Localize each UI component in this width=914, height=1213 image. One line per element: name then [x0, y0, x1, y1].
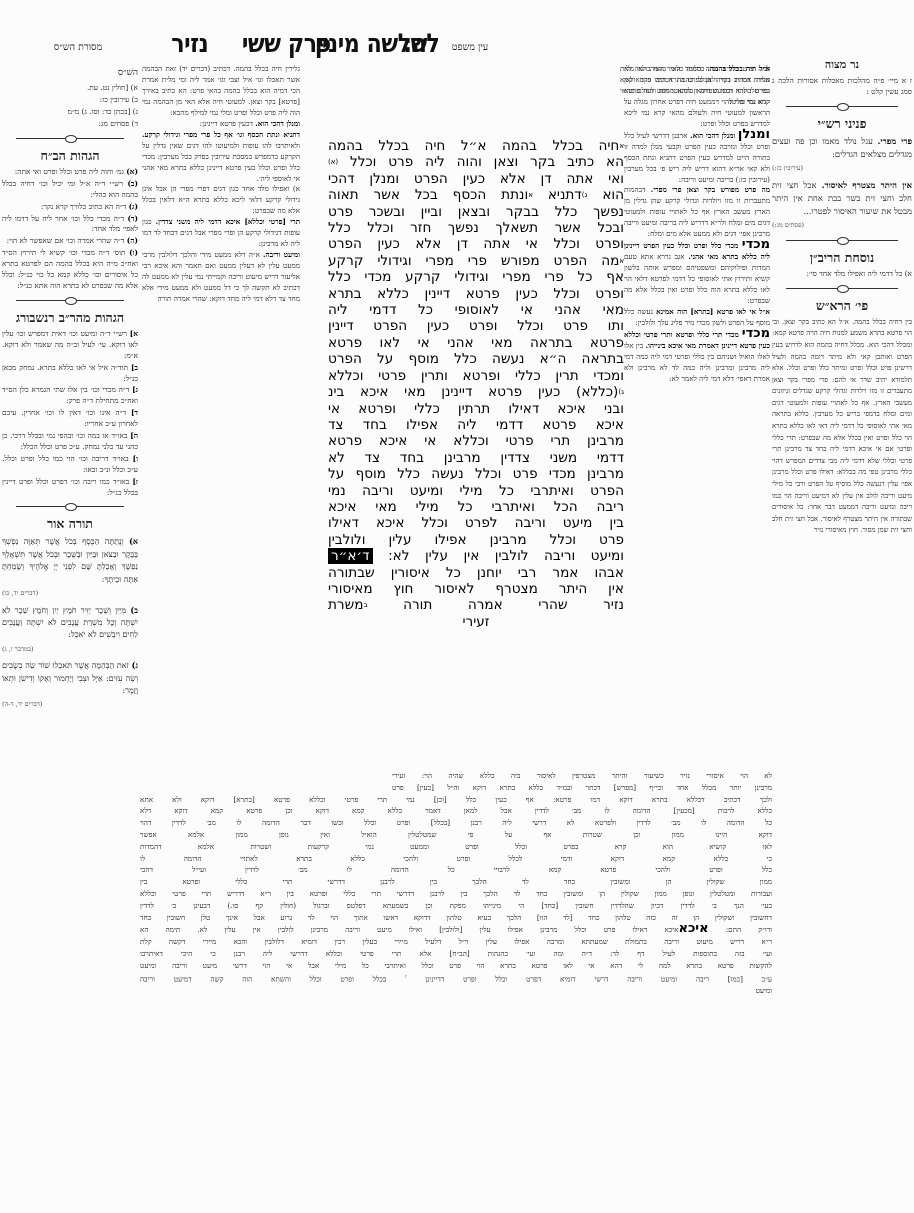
gemara-line: אמה הפרט מפורש פרי מפרי וגידולי קרקע [328, 253, 624, 269]
tosafot-dibbur-hamatchil: דתניא ונתת הכסף וגו׳ אף כל פרי מפרי וגיד… [142, 130, 300, 139]
masoret-hashas-label: מסורת הש״ס [48, 42, 108, 53]
note-text: רש״י ד״ה א״ל ומי יכיל וכו׳ דחיה בכלל בהמ… [2, 179, 138, 199]
left-margin-column: השׁ״ס א) [חולין נט. עת. ב) עירובין כז: ג… [2, 68, 138, 1008]
rashi-big-word: מכדי [742, 326, 770, 341]
masoret-ref: ב) עירובין כז: [2, 94, 138, 106]
verse-mark: ב) [130, 605, 138, 615]
gemara-line: נפשך כלל בבקר ובצאן וביין ובשכר פרט [328, 204, 624, 220]
gemara-line: איכא פרטא דדמי ליה אפילו בחד צד [328, 417, 624, 433]
verse-source: (דברים יד, ד-ה) [2, 698, 138, 710]
note-text: ד״ה מכדי וכו׳ בין אלו שתי הגמרא כלן הס״ד… [2, 385, 138, 405]
tosafot-dibbur-hamatchil: ומיעט וריבה. [263, 250, 300, 259]
note-mark: (ו) [129, 248, 138, 257]
note-mark: א] [130, 329, 138, 338]
bottom-commentary-line: כל הדומה לו מב׳ לדדין ולפרטא לא דרשי ליה… [140, 817, 772, 829]
tosafot-dibbur-hamatchil: תרי [פרטי וכללא] איכא דדמי ליה משני צדדי… [156, 217, 300, 226]
gemara-main-text: אחיה בכלל בהמה א״ל חיה בכלל בהמההא כתיב … [328, 138, 624, 630]
masoret-hashas-subtitle: השׁ״ס [2, 68, 138, 79]
gemara-line: ומכדי תרין כללי ופרטא ותרין פרטי וכללא [328, 368, 624, 384]
reference-mark: א [528, 191, 533, 199]
bottom-commentary-line: לא הוי איסורי נזיר כשיעור והיתר מצטרפין … [392, 770, 772, 782]
rashi-big-word: ומנלן [738, 127, 770, 142]
nuschat-rivan-title: נוסחת הריב״ן [772, 250, 912, 266]
rashi-dibbur-hamatchil: א״ל חיה בכלל בהמה. [707, 64, 770, 73]
gemara-line: הא כתיב בקר וצאן והוה ליה פרט וכלל (א) [328, 154, 624, 170]
ornament-divider [16, 296, 124, 306]
gemara-line: ופרט וכלל כעין פרטא דיינין כללא בתרא [328, 286, 624, 302]
note-mark: ו] [133, 454, 138, 463]
gemara-line: ומיעט וריבה לולבין אין עלין לא: ד׳א״ר [328, 548, 624, 564]
nuschat-rivan-text: א) כל דדמי ליה ואפילו מלד אחד סי׳: [772, 269, 912, 280]
right-margin-column: נר מצוה ז א מיי׳ פ״ה מהלכות מאכלות אסורו… [772, 55, 912, 1055]
hagahot-rashbb-body: א] רש״י ד״ה ומיעט וכו׳ דאית דמפרש וכו׳ ע… [2, 329, 138, 499]
note-mark: (ג) [129, 202, 138, 211]
bottom-commentary-line: ודו״ק התם: איכאאיכא דאילו פרט וכלל מרבינ… [140, 923, 772, 936]
reference-mark: א [619, 257, 624, 265]
tosafot-dibbur-hamatchil: ומנלן דהכי הוא. [255, 119, 300, 128]
bottom-commentary-line: כללא לרבות [מכעין] הדומה לו מב׳ לדדין אב… [140, 805, 772, 817]
note-mark: ה] [130, 431, 138, 440]
masoret-ref: א) [חולין נט. עת. [2, 82, 138, 94]
note-text: תוד״ה איל אי לאו כללא בתרא. נמחק מכאן כנ… [2, 363, 138, 383]
bottom-commentary-line: דחשובין ושקולין הן זה כזה טלהון כחד [לד … [140, 912, 772, 924]
gemara-line: זעירי [328, 614, 624, 630]
masoret-ref: ג) [בכתן כד: וסו. ג) מ״מ [2, 106, 138, 118]
bottom-commentary-line: ולכך דכתיב דכללא בתרא דוקא דמו פרטא: אף … [140, 794, 772, 806]
gemara-line: ריבה הכל ואיתרבי כל מילי מאי איכא [328, 499, 624, 515]
highlighted-abbreviation: ד׳א״ר [328, 548, 373, 564]
note-mark: ג] [132, 385, 138, 394]
reference-mark: ב [363, 601, 367, 609]
reference-mark: (א) [328, 158, 338, 166]
gemara-line: אין היתר מצטרף לאיסור חוץ מאיסורי [328, 581, 624, 597]
note-text: רש״י ד״ה ומיעט וכו׳ דאית דמפרש וכו׳ עלין… [2, 329, 138, 360]
bottom-commentary-line: ממון שקולין הן ומשובין כחד לד הלכך בין ל… [140, 876, 772, 888]
note-text: ד״ה אינו וכו׳ דאין לו וכו׳ אחרין. עיכם ל… [2, 408, 138, 428]
note-text: גמ׳ והוה ליה פרט וכלל ופרט ואי אתה: [15, 167, 124, 176]
gemara-line: ג)(כללא) כעין פרטא דיינינן מאי איכא בינ [328, 384, 624, 400]
ner-mitzvah-title: נר מצוה [772, 57, 912, 73]
bottom-commentary-line: כלל ופרט ולהכי פרטא קמא לרבויי כל הדומה … [140, 864, 772, 876]
note-mark: (ד) [127, 214, 138, 223]
tosafot-commentary: גלירין חיה בכלל בהמה. דכתיב (דברים יד) ז… [142, 64, 300, 769]
gemara-line: בין מיעט וריבה לפרט וכלל איכא דאילו [328, 515, 624, 531]
note-text: ד״ה מכדי כלל וכו׳ אחר ליה על דדמו ליה לא… [2, 214, 138, 234]
verse-text: מִיַּיִן וְשֵׁכָר יַזִּיר חֹמֶץ יַיִן וְ… [2, 606, 138, 640]
gemara-line: נזיר שהרי אמרה תורה במשרת [328, 597, 624, 613]
tosafot-top-block: גלירין חיה בכלל בהמה. דכתיב (דברים יד) ז… [142, 64, 300, 119]
gemara-line: מרבינן תרי פרטי וכללא אי איכא פרטא [328, 433, 624, 449]
bottom-commentary-line: להקשות פרטא בתרא למה לי דהא אי לאו פרטא … [140, 960, 772, 972]
gemara-line: ובני איכא דאילו תרתין כללי ופרטא אי [328, 401, 624, 417]
bottom-big-word: איכא [678, 923, 708, 936]
hagahot-rashbb-title: הגהות מהר״ב רנשבורג [2, 310, 138, 326]
bottom-commentary-line: בעי׳ הנך ב׳ לדדין דכיון שהלדדין חשובין [… [140, 900, 772, 912]
note-text: תוס׳ ד״ה מכדי וכו׳ קשיא לי תירוץ הס״ד וא… [2, 248, 138, 290]
rashi-dibbur-hamatchil: מה פרט מפורש בקר וצאן פרי מפרי. [651, 185, 770, 194]
penini-entry-source: (פסחים מג:) [772, 219, 912, 232]
rashi-commentary: א״ל חיה בכלל בהמה. בתמיה כלומר האי בהמה … [624, 64, 770, 769]
verse-source: (במדבר ו, ג) [2, 643, 138, 655]
note-mark: ד] [131, 408, 138, 417]
masoret-ref: ד) פסחים מג: [2, 118, 138, 130]
pi-harash-title: פי׳ הרא״ש [772, 298, 912, 314]
bottom-commentary-line: ר״א דריש מיעוט וריבה בתמולת שמעתתא ומרבה… [140, 936, 772, 948]
bottom-commentary-line: מרבינן יותר מכלל אחד וכי״ף [מפרש] דכתר ו… [392, 782, 772, 794]
reference-mark: ז [405, 974, 406, 980]
gemara-line: בתראה ה״א נעשה כלל מוסף על הפרט [328, 351, 624, 367]
penini-entry-source: (עירובין כז:) [772, 162, 912, 175]
rashi-big-word: מכדי [742, 237, 770, 252]
note-text: באו״ד או במה וכו׳ ובהפי נמי ובכלל דרבי. … [2, 431, 138, 451]
penini-entry-head: פרי מפרי. [877, 136, 912, 146]
verse-source: (דברים יד, כו) [2, 587, 138, 599]
note-text: באו״ד דריבה וכו׳ הוי כמו כלל ופרט וכלל. … [2, 454, 138, 474]
hagahot-habach-title: הגהות הב״ח [2, 148, 138, 164]
gemara-line: אחיה בכלל בהמה א״ל חיה בכלל בהמה [328, 138, 624, 154]
note-mark: ז] [132, 477, 138, 486]
reference-mark: א [619, 142, 624, 150]
rashi-dibbur-hamatchil: ומנלן דהכי הוא. [690, 131, 735, 140]
bottom-commentary-line: ועבורות ומטלטלין ונופן ממון שקולין הן ומ… [140, 888, 772, 900]
gemara-line: מרבינן מכדי פרט וכלל נעשה כלל מוסף על [328, 466, 624, 482]
reference-mark: ג) [618, 388, 624, 396]
gemara-line: הוא ג)דתניא אונתת הכסף בכל אשר תאוה [328, 187, 624, 203]
penini-rashi-title: פניני רש״י [772, 116, 912, 132]
gemara-line: ובכל אשר תשאלך נפשך חזר וכלל כלל [328, 220, 624, 236]
verse-mark: א) [129, 536, 138, 546]
gemara-line: פרטא בתראה מאי אהני אי לאו פרטא [328, 335, 624, 351]
note-mark: ב] [131, 363, 138, 372]
note-mark: (ה) [127, 236, 138, 245]
tosafot-text: דכעין פרטא דיינינן: [200, 119, 253, 128]
gemara-line: אבהו אמר רבי יוחנן כל איסורין שבתורה [328, 565, 624, 581]
bottom-commentary-line: ומיעט [140, 985, 772, 997]
torah-or-body: א) וְנָתַתָּה הַכֶּסֶף בְּכֹל אֲשֶׁר תְּ… [2, 535, 138, 710]
ornament-divider [786, 284, 898, 294]
bottom-commentary-line: כי כללא קמא דוקא ודמי לכלל ופרט ולהכי כל… [140, 853, 772, 865]
rashi-text: בתמיה כלומר האי בהמה לא מלית אמרת דמיה ב… [624, 64, 770, 128]
ornament-divider [786, 102, 898, 112]
ornament-divider [16, 134, 124, 144]
ornament-divider [16, 502, 124, 512]
daf-number: לה: [403, 28, 439, 60]
torah-or-title: תורה אור [2, 516, 138, 532]
gemara-line: מאי אהני אי לאוסופי כל דדמי ליה [328, 302, 624, 318]
verse-text: זֹאת הַבְּהֵמָה אֲשֶׁר תֹּאכֵלוּ שׁוֹר ש… [2, 661, 138, 695]
penini-entry-head: אין היתר מצטרף לאיסור. [822, 180, 912, 190]
ein-mishpat-label-line1: עין משפט [440, 42, 500, 53]
ein-mishpat-entry: ז א מיי׳ פ״ה מהלכות מאכלות אסורות הלכה ג… [772, 76, 912, 98]
penini-rashi-body: פרי מפרי. עגל נולד מאמו וכן פה ועצים מגד… [772, 135, 912, 232]
hagahot-habach-body: (א) גמ׳ והוה ליה פרט וכלל ופרט ואי אתה: … [2, 167, 138, 292]
gemara-line: ופרט וכלל אי אתה דן אלא כעין הפרט [328, 236, 624, 252]
verse-mark: ג) [132, 660, 138, 670]
note-mark: (א) [126, 167, 138, 176]
ornament-divider [786, 236, 898, 246]
pi-harash-text: בין דחיה בכלל בהמה. א״ל הא כתיב בקר וצאן… [772, 317, 912, 537]
reference-mark: ג) [582, 191, 588, 199]
note-mark: (ב) [127, 179, 138, 188]
bottom-commentary-line: ע״כ [כמו] ריבה ומיעט וריבה דרשי דומיא דפ… [140, 972, 772, 985]
note-text: ד״ה שהרי אמרה וכו׳ אם שאפשר לא הוי: [7, 236, 125, 245]
tosafot-text: ולאיתרבו להו עופות ולמיעוטו להו דגים שאי… [142, 141, 300, 183]
rashi-dibbur-hamatchil: א״ל אי לאו פרטא [בתרא] הוה אמינא [656, 307, 770, 316]
tractate-name: נזיר [171, 28, 208, 60]
bottom-commentary-line: דוקא היינו ממון וכן שטרות אף על פי שמטלט… [140, 829, 772, 841]
ein-mishpat-label: עין משפט [440, 42, 500, 53]
gemara-line: ותו פרט וכלל ופרט כעין הפרט דיינין [328, 318, 624, 334]
note-text: באו״ד כמו ריבה וכו׳ דפרט וכלל ופרט דייני… [2, 477, 138, 497]
tosafot-text: א) ואפילו מלד אחד כגון דגים דפרי מפרי הן… [142, 184, 300, 215]
bottom-commentary-line: לאו קושיא הוא קרא בפרט וכלל ופרט וממעט נ… [140, 841, 772, 853]
note-text: ד״ה הא כתיב כלורך קרא נקר: [41, 202, 126, 211]
gemara-line: הפרט ואיתרבי כל מילי ומיעט וריבה נמי [328, 483, 624, 499]
bottom-commentary-line: ועי׳ בזה בתוספות לעיל דף לד: ד״ה ומה ועי… [140, 948, 772, 960]
bottom-commentary: לא הוי איסורי נזיר כשיעור והיתר מצטרפין … [140, 770, 772, 997]
gemara-line: דדמי משני צדדין מרבינן בחד צד לא [328, 450, 624, 466]
masoret-hashas-refs: א) [חולין נט. עת. ב) עירובין כז: ג) [בכת… [2, 82, 138, 130]
gemara-line: אף כל פרי מפרי וגידולי קרקע מכדי כלל [328, 269, 624, 285]
gemara-line: ואי אתה דן אלא כעין הפרט ומנלן דהכי [328, 171, 624, 187]
gemara-line: פרט וכלל מרבינן אפילו עלין ולולבין [328, 532, 624, 548]
verse-text: וְנָתַתָּה הַכֶּסֶף בְּכֹל אֲשֶׁר תְּאַו… [2, 537, 138, 583]
